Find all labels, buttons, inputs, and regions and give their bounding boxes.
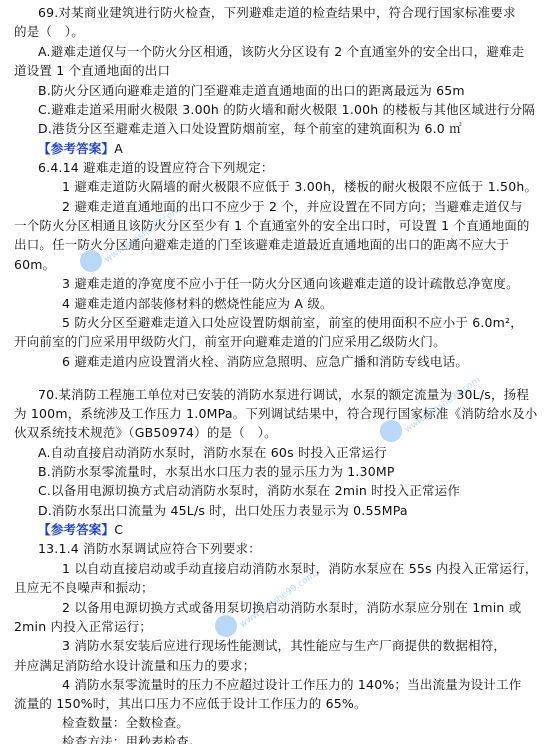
- q70-item-1: 1 以自动直接启动或手动直接启动消防水泵时，消防水泵应在 55s 内投入正常运行…: [62, 560, 538, 578]
- q69-item-6: 6 避难走道内应设置消火栓、消防应急照明、应急广播和消防专线电话。: [62, 353, 468, 371]
- q70-option-b: B.消防水泵零流量时，水泵出水口压力表的显示压力为 1.30MP: [38, 463, 395, 481]
- q70-stem-line3: 伙双系统技术规范》（GB50974）的是（ ）。: [14, 424, 277, 442]
- q69-option-a-line2: 道设置 1 个直通地面的出口: [14, 62, 170, 80]
- answer-value: A: [114, 141, 123, 156]
- q70-clause-title: 13.1.4 消防水泵调试应符合下列要求：: [38, 540, 261, 558]
- q70-item-3-cont: 并应满足消防给水设计流量和压力的要求；: [14, 657, 255, 675]
- q69-item-2-cont2: 出口。任一防火分区通向避难走道的门至该避难走道最近直通地面的出口的距离不应大于: [14, 236, 509, 254]
- q69-item-2-cont1: 一个防火分区相通且该防火分区至少有 1 个直通室外的安全出口时，可设置 1 个直…: [14, 217, 530, 235]
- q69-stem-line2: 的是（ ）。: [14, 23, 84, 41]
- q69-item-5: 5 防火分区至避难走道入口处应设置防烟前室，前室的使用面积不应小于 6.0m²，: [62, 314, 523, 332]
- q70-item-3: 3 消防水泵安装后应进行现场性能测试，其性能应与生产厂商提供的数据相符，: [62, 637, 506, 655]
- q70-answer: 【参考答案】C: [38, 521, 123, 539]
- watermark-logo: www.jianshe99.com: [215, 615, 331, 637]
- q69-answer: 【参考答案】A: [38, 140, 123, 158]
- q69-item-3: 3 避难走道的净宽度不应小于任一防火分区通向该避难走道的设计疏散总净宽度。: [62, 275, 519, 293]
- q69-item-4: 4 避难走道内部装修材料的燃烧性能应为 A 级。: [62, 295, 333, 313]
- q70-item-4-cont: 流量的 150%时，其出口压力不应低于设计工作压力的 65%。: [14, 695, 367, 713]
- q70-stem-line2: 为 100m，系统涉及工作压力 1.0MPa。下列调试结果中，符合现行国家标准《…: [14, 405, 537, 423]
- q69-item-2-cont3: 60m。: [14, 256, 55, 274]
- q69-option-d: D.港货分区至避难走道入口处设置防烟前室，每个前室的建筑面积为 6.0 ㎡: [38, 120, 462, 138]
- q69-option-a-line1: A.避难走道仅与一个防火分区相通，该防火分区设有 2 个直通室外的安全出口，避难…: [38, 43, 524, 61]
- q70-option-d: D.消防水泵出口流量为 45L/s 时，出口处压力表显示为 0.55MPa: [38, 502, 408, 520]
- q69-option-c: C.避难走道采用耐火极限 3.00h 的防火墙和耐火极限 1.00h 的楼板与其…: [38, 101, 535, 119]
- watermark-circle-icon: [215, 615, 237, 637]
- q70-check-quantity: 检查数量：全数检查。: [62, 714, 189, 732]
- q70-item-1-cont: 且应无不良噪声和振动；: [14, 579, 154, 597]
- q69-stem-line1: 69.对某商业建筑进行防火检查，下列避难走道的检查结果中，符合现行国家标准要求: [38, 4, 516, 22]
- q70-check-method: 检查方法：用秒表检查。: [62, 733, 202, 744]
- q69-item-1: 1 避难走道防火隔墙的耐火极限不应低于 3.00h，楼板的耐火极限不应低于 1.…: [62, 178, 537, 196]
- q70-stem-line1: 70.某消防工程施工单位对已安装的消防水泵进行调试，水泵的额定流量为 30L/s…: [38, 386, 529, 404]
- q70-option-a: A.自动直接启动消防水泵时，消防水泵在 60s 时投入正常运行: [38, 444, 387, 462]
- answer-label: 【参考答案】: [38, 141, 114, 156]
- q69-clause-title: 6.4.14 避难走道的设置应符合下列规定：: [38, 159, 274, 177]
- q70-item-4: 4 消防水泵零流量时的压力不应超过设计工作压力的 140%；当出流量为设计工作: [62, 676, 521, 694]
- answer-label: 【参考答案】: [38, 522, 114, 537]
- q69-item-2: 2 避难走道直通地面的出口不应少于 2 个，并应设置在不同方向；当避难走道仅与: [62, 198, 523, 216]
- answer-value: C: [114, 522, 123, 537]
- q69-item-5-cont: 开向前室的门应采用甲级防火门，前室开向避难走道的门应采用乙级防火门。: [14, 333, 446, 351]
- q70-item-2: 2 以备用电源切换方式或备用泵切换启动消防水泵时，消防水泵应分别在 1min 或: [62, 599, 521, 617]
- watermark-circle-icon: [380, 420, 402, 442]
- q70-item-2-cont: 2min 内投入正常运行；: [14, 618, 152, 636]
- q70-option-c: C.以备用电源切换方式启动消防水泵时，消防水泵在 2min 时投入正常运作: [38, 482, 460, 500]
- q69-option-b: B.防火分区通向避难走道的门至避难走道直通地面的出口的距离最远为 65m: [38, 82, 465, 100]
- watermark-logo: www.jianshe99.com: [380, 420, 496, 442]
